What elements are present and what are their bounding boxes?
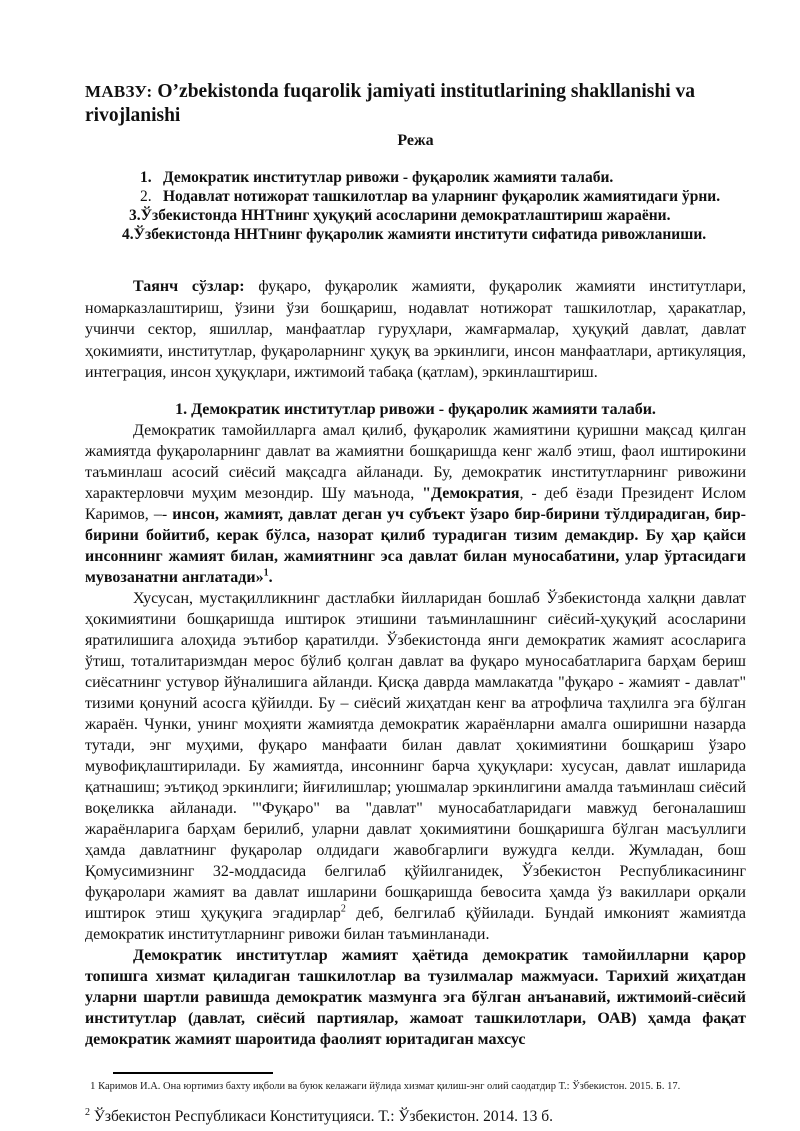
- paragraph-run: .: [269, 569, 273, 586]
- plan-item: 4.Ўзбекистонда ННТнинг фуқаролик жамияти…: [85, 225, 746, 244]
- title-text: O’zbekistonda fuqarolik jamiyati institu…: [85, 81, 695, 126]
- footnote-1-text: Каримов И.А. Она юртимиз бахту иқболи ва…: [96, 1081, 681, 1092]
- quote-bold-text: инсон, жамият, давлат деган уч субъект ў…: [85, 506, 746, 586]
- plan-item-marker: 3.: [129, 206, 141, 225]
- footnote-2-text: Ўзбекистон Республикаси Конституцияси. Т…: [90, 1108, 553, 1125]
- plan-item-text: Демократик институтлар ривожи - фуқароли…: [163, 169, 613, 186]
- section-1-heading: 1. Демократик институтлар ривожи - фуқар…: [85, 399, 746, 420]
- paragraph-khususan: Хусусан, мустақилликнинг дастлабки йилла…: [85, 588, 746, 945]
- plan-item-text: Ўзбекистонда ННТнинг фуқаролик жамияти и…: [134, 226, 707, 243]
- quote-start-bold: "Демократия: [422, 485, 519, 502]
- document-title: МАВЗУ: O’zbekistonda fuqarolik jamiyati …: [85, 80, 746, 127]
- footnotes-block: 1 Каримов И.А. Она юртимиз бахту иқболи …: [85, 1072, 746, 1126]
- paragraph-intro: Демократик тамойилларга амал қилиб, фуқа…: [85, 420, 746, 588]
- plan-item-marker: 1.: [140, 168, 163, 187]
- paragraph-run: Хусусан, мустақилликнинг дастлабки йилла…: [85, 590, 746, 922]
- plan-item-text: Нодавлат нотижорат ташкилотлар ва уларни…: [163, 188, 720, 205]
- title-label: МАВЗУ:: [85, 82, 153, 101]
- keywords-paragraph: Таянч сўзлар: фуқаро, фуқаролик жамияти,…: [85, 276, 746, 384]
- plan-item-marker: 4.: [122, 225, 134, 244]
- plan-item-text: Ўзбекистонда ННТнинг ҳуқуқий асосларини …: [141, 207, 671, 224]
- footnote-2: 2 Ўзбекистон Республикаси Конституцияси.…: [85, 1103, 746, 1126]
- plan-item: 3.Ўзбекистонда ННТнинг ҳуқуқий асосларин…: [85, 206, 746, 225]
- plan-item: 1.Демократик институтлар ривожи - фуқаро…: [85, 168, 746, 187]
- plan-list: 1.Демократик институтлар ривожи - фуқаро…: [85, 168, 746, 244]
- plan-item-marker: 2.: [140, 187, 163, 206]
- plan-item: 2.Нодавлат нотижорат ташкилотлар ва улар…: [85, 187, 746, 206]
- document-page: МАВЗУ: O’zbekistonda fuqarolik jamiyati …: [0, 0, 800, 1131]
- footnote-1: 1 Каримов И.А. Она юртимиз бахту иқболи …: [90, 1079, 746, 1094]
- footnote-separator: [113, 1072, 273, 1074]
- paragraph-democratic-institutions: Демократик институтлар жамият ҳаётида де…: [85, 945, 746, 1050]
- keywords-label: Таянч сўзлар:: [133, 278, 245, 295]
- plan-heading: Режа: [85, 131, 746, 151]
